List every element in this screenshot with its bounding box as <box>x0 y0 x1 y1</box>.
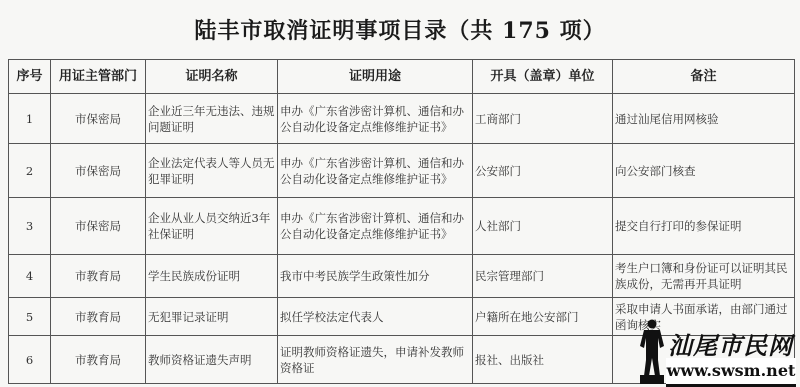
cell-remark: 提交自行打印的参保证明 <box>613 198 795 255</box>
cell-purpose: 证明教师资格证遗失，申请补发教师资格证 <box>278 336 473 384</box>
header-issuer: 开具（盖章）单位 <box>473 60 613 94</box>
cell-dept: 市教育局 <box>51 255 146 298</box>
watermark-url: www.swsm.net <box>666 358 796 387</box>
cell-no: 6 <box>9 336 51 384</box>
cell-name: 教师资格证遗失声明 <box>146 336 278 384</box>
header-name: 证明名称 <box>146 60 278 94</box>
cell-name: 企业法定代表人等人员无犯罪证明 <box>146 144 278 198</box>
statue-silhouette-icon <box>638 318 666 384</box>
cell-name: 无犯罪记录证明 <box>146 298 278 336</box>
table-header-row: 序号 用证主管部门 证明名称 证明用途 开具（盖章）单位 备注 <box>9 60 795 94</box>
cell-issuer: 公安部门 <box>473 144 613 198</box>
watermark-site-name: 汕尾市民网 <box>668 326 793 361</box>
cell-no: 3 <box>9 198 51 255</box>
header-purpose: 证明用途 <box>278 60 473 94</box>
cell-issuer: 人社部门 <box>473 198 613 255</box>
cell-name: 企业从业人员交纳近3年社保证明 <box>146 198 278 255</box>
cell-purpose: 我市中考民族学生政策性加分 <box>278 255 473 298</box>
table-row: 4 市教育局 学生民族成份证明 我市中考民族学生政策性加分 民宗管理部门 考生户… <box>9 255 795 298</box>
cell-remark: 向公安部门核查 <box>613 144 795 198</box>
cell-name: 学生民族成份证明 <box>146 255 278 298</box>
document-title: 陆丰市取消证明事项目录（共 175 项） <box>0 14 800 45</box>
cell-dept: 市保密局 <box>51 94 146 144</box>
cell-purpose: 拟任学校法定代表人 <box>278 298 473 336</box>
cell-remark: 考生户口簿和身份证可以证明其民族成份，无需再开具证明 <box>613 255 795 298</box>
cell-dept: 市教育局 <box>51 298 146 336</box>
cell-purpose: 申办《广东省涉密计算机、通信和办公自动化设备定点维修维护证书》 <box>278 198 473 255</box>
cell-purpose: 申办《广东省涉密计算机、通信和办公自动化设备定点维修维护证书》 <box>278 144 473 198</box>
cell-no: 2 <box>9 144 51 198</box>
cell-dept: 市保密局 <box>51 198 146 255</box>
table-row: 2 市保密局 企业法定代表人等人员无犯罪证明 申办《广东省涉密计算机、通信和办公… <box>9 144 795 198</box>
cell-name: 企业近三年无违法、违规问题证明 <box>146 94 278 144</box>
cell-dept: 市教育局 <box>51 336 146 384</box>
table-row: 3 市保密局 企业从业人员交纳近3年社保证明 申办《广东省涉密计算机、通信和办公… <box>9 198 795 255</box>
cell-dept: 市保密局 <box>51 144 146 198</box>
cell-no: 5 <box>9 298 51 336</box>
header-no: 序号 <box>9 60 51 94</box>
cell-no: 1 <box>9 94 51 144</box>
header-remark: 备注 <box>613 60 795 94</box>
cell-issuer: 民宗管理部门 <box>473 255 613 298</box>
header-dept: 用证主管部门 <box>51 60 146 94</box>
cell-issuer: 工商部门 <box>473 94 613 144</box>
table-row: 1 市保密局 企业近三年无违法、违规问题证明 申办《广东省涉密计算机、通信和办公… <box>9 94 795 144</box>
cell-issuer: 报社、出版社 <box>473 336 613 384</box>
cell-no: 4 <box>9 255 51 298</box>
cell-remark: 通过汕尾信用网核验 <box>613 94 795 144</box>
cell-issuer: 户籍所在地公安部门 <box>473 298 613 336</box>
cell-purpose: 申办《广东省涉密计算机、通信和办公自动化设备定点维修维护证书》 <box>278 94 473 144</box>
watermark: 汕尾市民网 www.swsm.net <box>638 318 798 387</box>
